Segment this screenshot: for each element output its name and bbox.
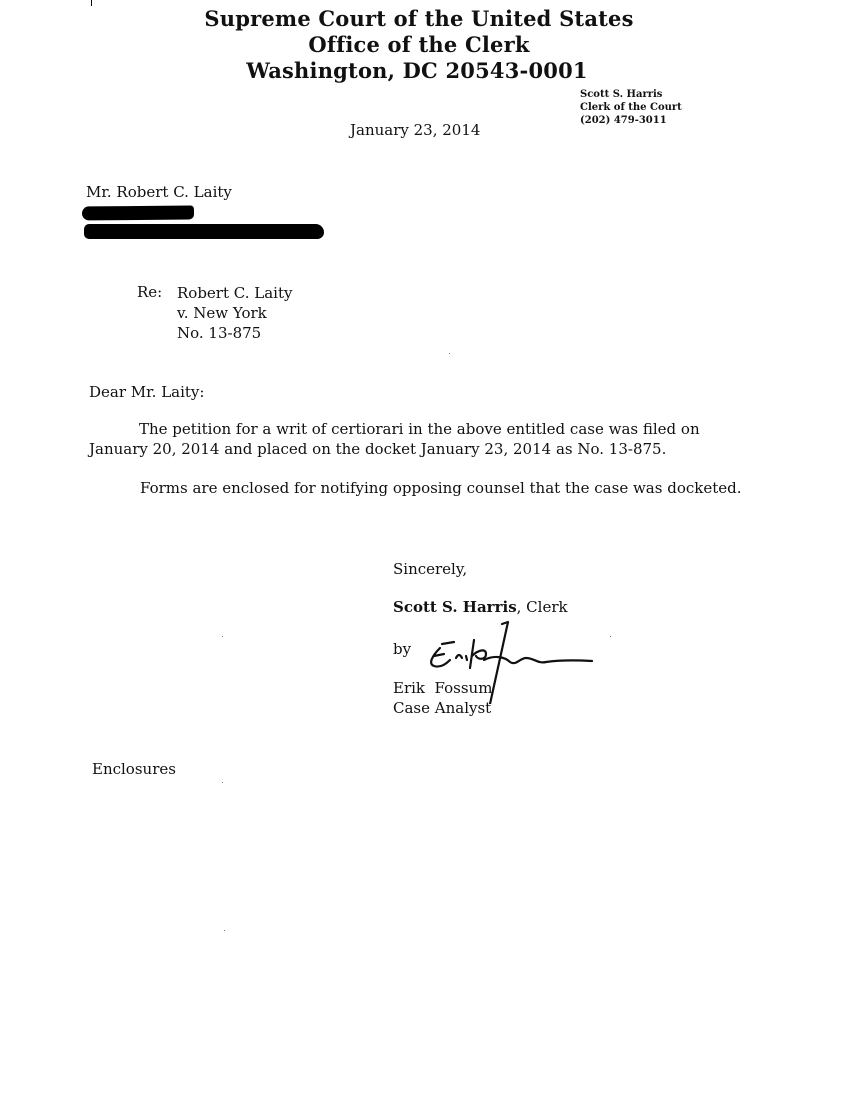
re-case-number: No. 13-875 xyxy=(177,323,292,343)
enclosures-label: Enclosures xyxy=(92,760,176,778)
valediction: Sincerely, xyxy=(393,560,467,578)
clerk-info-block: Scott S. Harris Clerk of the Court (202)… xyxy=(580,88,682,127)
re-label: Re: xyxy=(137,283,162,301)
addressee-name: Mr. Robert C. Laity xyxy=(86,183,232,201)
letterhead-office: Office of the Clerk xyxy=(0,32,838,57)
letter-date: January 23, 2014 xyxy=(350,121,480,139)
re-petitioner: Robert C. Laity xyxy=(177,283,292,303)
scan-speck xyxy=(224,930,225,931)
scan-speck xyxy=(610,636,611,637)
clerk-name: Scott S. Harris xyxy=(580,88,682,101)
clerk-phone: (202) 479-3011 xyxy=(580,114,682,127)
signer-block: Erik Fossum Case Analyst xyxy=(393,678,492,718)
signer-name: Erik Fossum xyxy=(393,678,492,698)
letterhead-address: Washington, DC 20543-0001 xyxy=(0,58,834,83)
redacted-address-line-1 xyxy=(82,206,194,221)
scan-speck xyxy=(222,782,223,783)
paragraph-petition-text: The petition for a writ of certiorari in… xyxy=(89,420,700,458)
clerk-title: Clerk of the Court xyxy=(580,101,682,114)
salutation: Dear Mr. Laity: xyxy=(89,383,204,401)
paragraph-petition: The petition for a writ of certiorari in… xyxy=(89,419,739,459)
redacted-address-line-2 xyxy=(84,224,324,239)
paragraph-forms: Forms are enclosed for notifying opposin… xyxy=(140,479,742,497)
re-respondent: v. New York xyxy=(177,303,292,323)
signer-title: Case Analyst xyxy=(393,698,492,718)
by-label: by xyxy=(393,640,411,658)
scan-speck xyxy=(222,636,223,637)
scan-speck xyxy=(449,353,450,354)
re-block: Robert C. Laity v. New York No. 13-875 xyxy=(177,283,292,343)
letterhead-court-name: Supreme Court of the United States xyxy=(0,6,838,31)
